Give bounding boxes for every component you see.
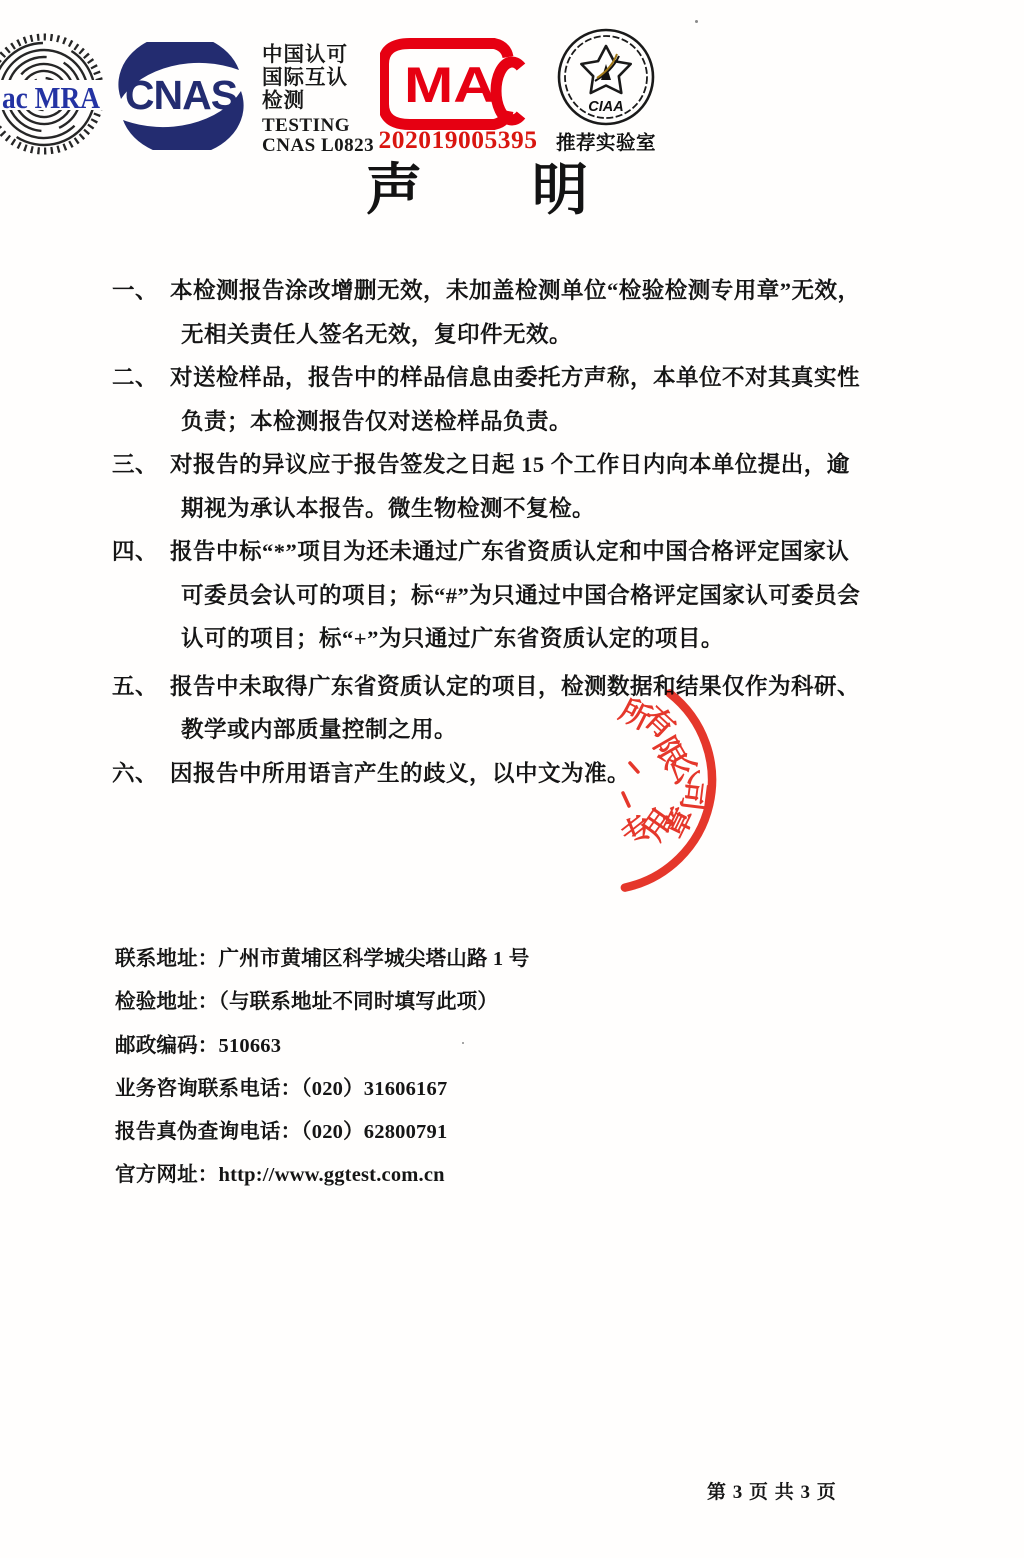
statement-line: 本检测报告涂改增删无效，未加盖检测单位“检验检测专用章”无效， <box>170 269 922 313</box>
cma-frame-hook-top <box>490 44 508 58</box>
accreditation-line: 中国认可 <box>262 44 374 67</box>
inspection-address-line: 检验地址：（与联系地址不同时填写此项） <box>115 981 529 1024</box>
title-char: 声 <box>366 146 422 226</box>
contact-block: 联系地址：广州市黄埔区科学城尖塔山路 1 号 检验地址：（与联系地址不同时填写此… <box>115 938 529 1198</box>
cnas-logo: CNAS <box>116 42 246 150</box>
ilac-mra-logo: ac MRA <box>0 30 112 166</box>
accreditation-text-block: 中国认可 国际互认 检测 TESTING CNAS L0823 <box>262 44 374 155</box>
accreditation-line: 检测 <box>262 90 374 113</box>
accreditation-line: CNAS L0823 <box>262 136 374 156</box>
statement-line: 期视为承认本报告。微生物检测不复检。 <box>170 487 922 531</box>
statement-item: 二、 对送检样品，报告中的样品信息由委托方声称，本单位不对其真实性 负责；本检测… <box>112 356 922 443</box>
cma-letters: MA <box>404 57 496 113</box>
statement-list: 一、 本检测报告涂改增删无效，未加盖检测单位“检验检测专用章”无效， 无相关责任… <box>112 269 922 795</box>
statement-item-number: 六、 <box>112 752 170 796</box>
statement-item-number: 四、 <box>112 530 170 574</box>
statement-item: 六、 因报告中所用语言产生的歧义，以中文为准。 <box>112 752 922 796</box>
statement-line: 教学或内部质量控制之用。 <box>170 708 922 752</box>
ciaa-logo: CIAA <box>556 26 656 130</box>
statement-line: 认可的项目；标“+”为只通过广东省资质认定的项目。 <box>170 617 922 661</box>
statement-line: 因报告中所用语言产生的歧义，以中文为准。 <box>170 752 922 796</box>
statement-item: 三、 对报告的异议应于报告签发之日起 15 个工作日内向本单位提出，逾 期视为承… <box>112 443 922 530</box>
ilac-mra-label: ac MRA <box>2 80 101 115</box>
statement-item-number: 五、 <box>112 665 170 709</box>
seal-char: 专 <box>615 808 660 853</box>
report-declaration-page: ac MRA CNAS 中国认可 国际互认 检测 TESTING CNAS L0… <box>0 0 1024 1558</box>
statement-line: 对送检样品，报告中的样品信息由委托方声称，本单位不对其真实性 <box>170 356 922 400</box>
statement-item-number: 一、 <box>112 269 170 313</box>
statement-item: 四、 报告中标“*”项目为还未通过广东省资质认定和中国合格评定国家认 可委员会认… <box>112 530 922 661</box>
cma-logo: MA <box>380 38 538 133</box>
statement-line: 报告中未取得广东省资质认定的项目，检测数据和结果仅作为科研、 <box>170 665 922 709</box>
verification-phone-line: 报告真伪查询电话：（020）62800791 <box>115 1111 529 1154</box>
business-phone-line: 业务咨询联系电话：（020）31606167 <box>115 1068 529 1111</box>
statement-item: 一、 本检测报告涂改增删无效，未加盖检测单位“检验检测专用章”无效， 无相关责任… <box>112 269 922 356</box>
scan-speck <box>462 1042 464 1044</box>
seal-char: 用 <box>637 803 681 847</box>
statement-line: 对报告的异议应于报告签发之日起 15 个工作日内向本单位提出，逾 <box>170 443 922 487</box>
statement-line: 报告中标“*”项目为还未通过广东省资质认定和中国合格评定国家认 <box>170 530 922 574</box>
scan-speck <box>256 642 258 644</box>
statement-line: 可委员会认可的项目；标“#”为只通过中国合格评定国家认可委员会 <box>170 574 922 618</box>
statement-line: 无相关责任人签名无效，复印件无效。 <box>170 313 922 357</box>
postal-code-line: 邮政编码：510663 <box>115 1025 529 1068</box>
contact-address-line: 联系地址：广州市黄埔区科学城尖塔山路 1 号 <box>115 938 529 981</box>
accreditation-line: 国际互认 <box>262 67 374 90</box>
scan-speck <box>695 20 698 23</box>
statement-line: 负责；本检测报告仅对送检样品负责。 <box>170 400 922 444</box>
page-title: 声 明 <box>366 146 588 226</box>
cnas-label: CNAS <box>125 72 237 118</box>
statement-item: 五、 报告中未取得广东省资质认定的项目，检测数据和结果仅作为科研、 教学或内部质… <box>112 665 922 752</box>
title-char: 明 <box>532 146 588 226</box>
page-number: 第 3 页 共 3 页 <box>707 1477 837 1504</box>
accreditation-line: TESTING <box>262 116 374 136</box>
seal-char: 章 <box>657 802 701 844</box>
statement-item-number: 三、 <box>112 443 170 487</box>
official-website-line: 官方网址：http://www.ggtest.com.cn <box>115 1154 529 1197</box>
statement-item-number: 二、 <box>112 356 170 400</box>
ciaa-label: CIAA <box>588 99 623 115</box>
